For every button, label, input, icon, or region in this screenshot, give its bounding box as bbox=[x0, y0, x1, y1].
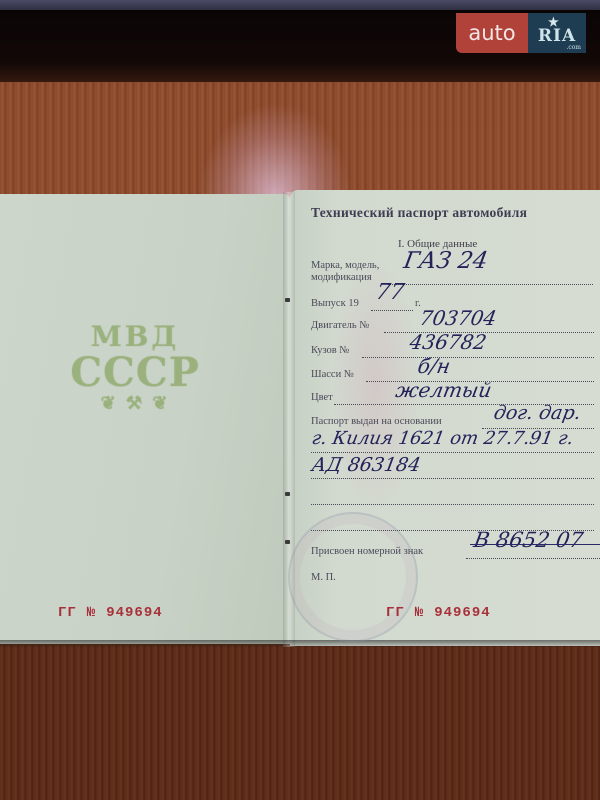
numero-sign: № bbox=[87, 605, 96, 621]
make-model-label: Марка, модель, bbox=[311, 260, 379, 271]
plate-number-label: Присвоен номерной знак bbox=[311, 546, 423, 557]
make-model-value: ГАЗ 24 bbox=[402, 248, 490, 274]
emblem-mvd-text: МВД bbox=[55, 322, 215, 352]
dotted-line bbox=[311, 478, 594, 479]
serial-digits: 949694 bbox=[434, 605, 490, 621]
engine-number-value: 703704 bbox=[418, 306, 499, 330]
dotted-line bbox=[466, 558, 600, 559]
document-title: Технический паспорт автомобиля bbox=[311, 205, 527, 221]
dotted-line bbox=[311, 452, 594, 453]
logo-com-text: .com bbox=[566, 44, 581, 52]
emblem-ussr-text: СССР bbox=[55, 352, 215, 394]
booklet-shadow bbox=[0, 640, 600, 648]
issued-basis-value-line1: дог. дар. bbox=[492, 402, 583, 424]
year-value: 77 bbox=[374, 280, 406, 305]
logo-auto-text: auto bbox=[456, 13, 528, 53]
color-label: Цвет bbox=[311, 392, 333, 403]
right-serial-number: ГГ№949694 bbox=[386, 605, 491, 621]
color-value: желтый bbox=[394, 378, 494, 402]
serial-series: ГГ bbox=[386, 605, 405, 621]
dotted-line bbox=[362, 357, 594, 358]
staple-icon bbox=[285, 540, 290, 544]
staple-icon bbox=[285, 492, 290, 496]
serial-series: ГГ bbox=[58, 605, 77, 621]
star-icon: ★ bbox=[548, 0, 560, 45]
stamp-place-label: М. П. bbox=[311, 572, 336, 583]
plate-number-value: В 8652 07 bbox=[472, 528, 585, 552]
passport-left-page bbox=[0, 194, 290, 644]
autoria-watermark-logo: auto ★ RIA .com bbox=[456, 13, 586, 53]
numero-sign: № bbox=[415, 605, 424, 621]
left-serial-number: ГГ№949694 bbox=[58, 605, 163, 621]
issued-basis-label: Паспорт выдан на основании bbox=[311, 416, 442, 427]
year-suffix: г. bbox=[415, 298, 421, 309]
strikethrough-line bbox=[470, 544, 600, 545]
wreath-hammer-sickle-icon: ❦ ⚒ ❦ bbox=[55, 394, 215, 414]
logo-ria-block: ★ RIA .com bbox=[528, 13, 586, 53]
mvd-ussr-emblem: МВД СССР ❦ ⚒ ❦ bbox=[55, 322, 215, 414]
engine-number-label: Двигатель № bbox=[311, 320, 369, 331]
body-number-value: 436782 bbox=[408, 330, 489, 354]
year-label: Выпуск 19 bbox=[311, 298, 359, 309]
dotted-line bbox=[388, 284, 593, 285]
dotted-line bbox=[371, 310, 413, 311]
wooden-table-top bbox=[0, 82, 600, 202]
chassis-number-value: б/н bbox=[416, 354, 452, 378]
wooden-table-bottom bbox=[0, 645, 600, 800]
modification-label: модификация bbox=[311, 272, 372, 283]
issued-basis-value-line2: г. Килия 1621 от 27.7.91 г. bbox=[310, 428, 575, 449]
serial-digits: 949694 bbox=[106, 605, 162, 621]
chassis-number-label: Шасси № bbox=[311, 369, 354, 380]
staple-icon bbox=[285, 298, 290, 302]
body-number-label: Кузов № bbox=[311, 345, 349, 356]
issued-basis-value-line3: АД 863184 bbox=[310, 454, 422, 476]
official-seal-stamp bbox=[288, 512, 418, 642]
dotted-line bbox=[311, 504, 594, 505]
